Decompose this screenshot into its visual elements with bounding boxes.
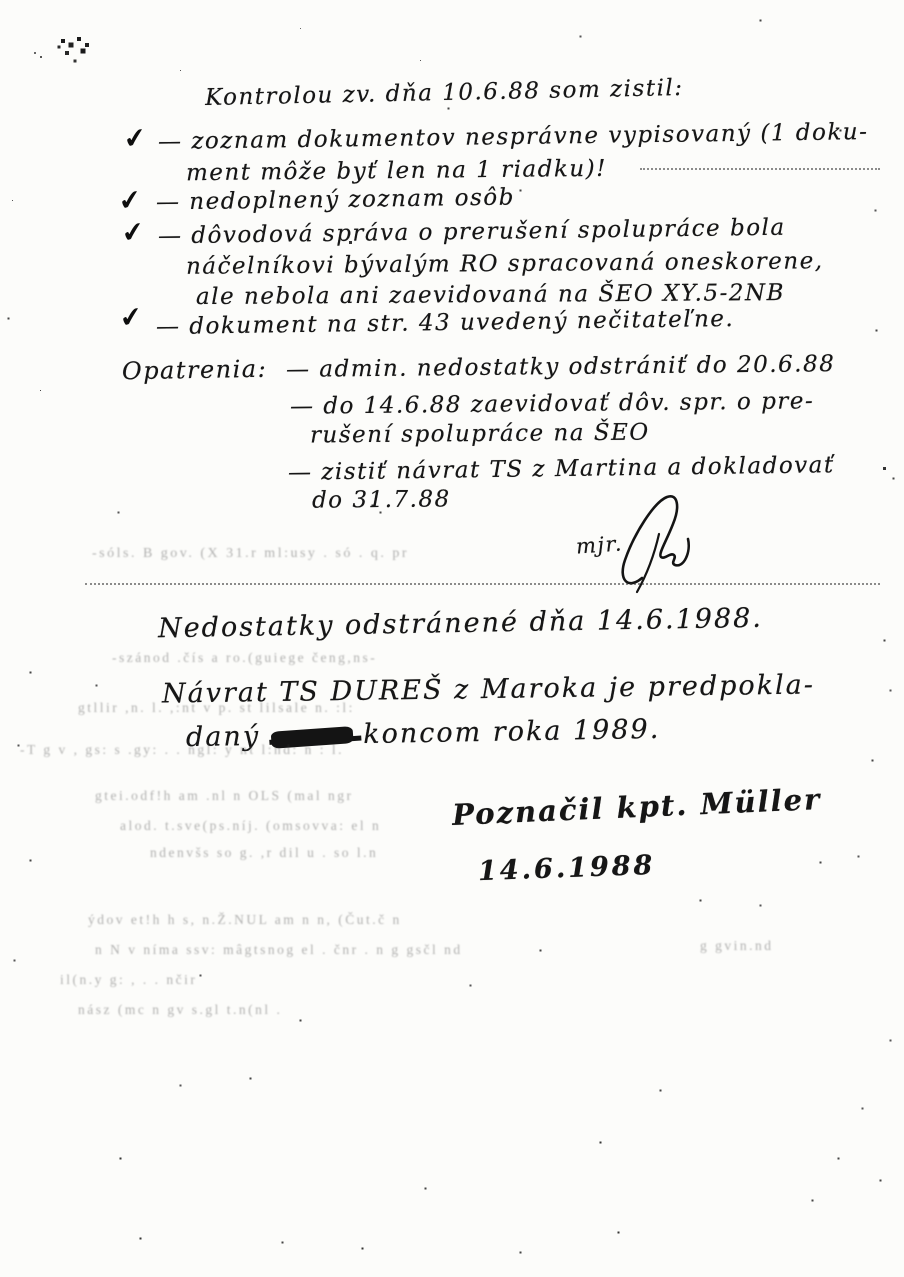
opatrenia-label: Opatrenia: (122, 355, 268, 386)
finding-line: — dokument na str. 43 uvedený nečitateľn… (156, 306, 735, 340)
dotted-line (640, 168, 880, 170)
dotted-separator (85, 583, 880, 585)
resolution-word: koncom roka 1989. (363, 714, 661, 750)
typed-fragment: -T g v , gs: s .gy: . . ngl: y nt l:nd: … (20, 742, 344, 758)
checkmark-icon: ✔ (121, 216, 145, 251)
checkmark-icon: ✔ (118, 184, 142, 219)
typed-fragment: -sóls. B gov. (X 31.r ml:usy . só . q. p… (92, 546, 409, 562)
opatrenie-line: — admin. nedostatky odstrániť do 20.6.88 (286, 351, 836, 383)
resolution-line: Nedostatky odstránené dňa 14.6.1988. (158, 603, 763, 645)
finding-line: — dôvodová správa o prerušení spolupráce… (158, 215, 786, 250)
typed-fragment: ýdov et!h h s, n.Ž.NUL am n n, (Čut.č n (88, 912, 402, 928)
typed-fragment: alod. t.sve(ps.níj. (omsovva: el n (120, 818, 381, 834)
typed-fragment: gtei.odf!h am .nl n OLS (mal ngr (95, 788, 353, 804)
opatrenie-line: — zistiť návrat TS z Martina a dokladova… (288, 452, 835, 486)
typed-fragment: ndenvšs so g. ,r dil u . so l.n (150, 845, 378, 861)
paper-noise (0, 0, 1, 1)
scanned-page: Kontrolou zv. dňa 10.6.88 som zistil: ✔ … (0, 0, 904, 1277)
checkmark-icon: ✔ (119, 301, 143, 336)
opatrenie-line: rušení spolupráce na ŠEO (310, 420, 650, 449)
opatrenie-line: — do 14.6.88 zaevidovať dôv. spr. o pre- (290, 388, 814, 419)
typed-fragment: -szánod .čís a ro.(guiege čeng,ns- (112, 650, 377, 666)
signed-by: Poznačil kpt. Müller (451, 782, 822, 832)
finding-line: ment môže byť len na 1 riadku)! (186, 156, 607, 186)
finding-line: — zoznam dokumentov nesprávne vypisovaný… (158, 119, 869, 155)
resolution-date: 14.6.1988 (478, 850, 656, 887)
typed-fragment: gtllir ,n. l. ,:nt v p. st lilsale n. :l… (78, 700, 355, 716)
opatrenie-line: do 31.7.88 (312, 486, 451, 513)
typed-fragment: n N v níma ssv: mâgtsnog el . čnr . n g … (95, 942, 463, 958)
signature-mjr-icon (612, 492, 732, 597)
finding-line: náčelníkovi bývalým RO spracovaná onesko… (186, 248, 824, 280)
typed-fragment: nász (mc n gv s.gl t.n(nl . (78, 1002, 282, 1018)
page-title: Kontrolou zv. dňa 10.6.88 som zistil: (205, 75, 684, 111)
checkmark-icon: ✔ (123, 122, 147, 157)
finding-line: — nedoplnený zoznam osôb (156, 184, 515, 215)
typed-fragment: il(n.y g: , . . nčir (60, 972, 197, 988)
typed-fragment: g gvin.nd (700, 938, 774, 954)
